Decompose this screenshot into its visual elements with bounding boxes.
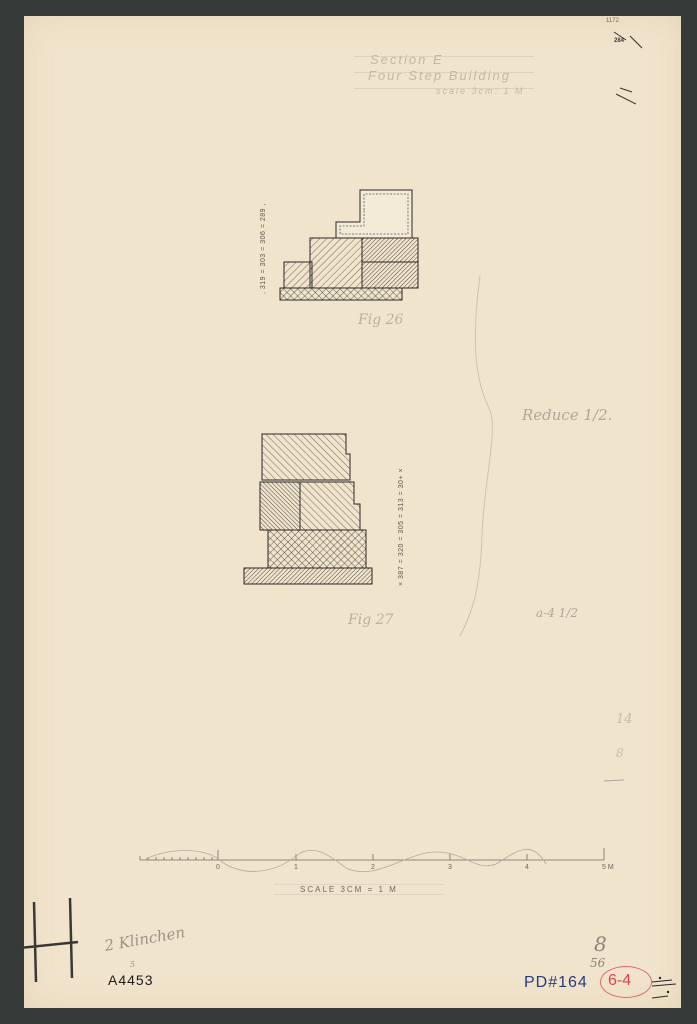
red-circled-number: 6-4: [608, 972, 631, 990]
ratio-note: a-4 1/2: [536, 606, 578, 620]
signature: 2 Klinchen: [103, 923, 186, 955]
small-number: 5: [130, 960, 135, 969]
pd-number: PD#164: [524, 974, 588, 992]
scale-tick-3: 3: [448, 864, 452, 871]
margin-mark: 8: [616, 746, 624, 760]
scale-tick-0: 0: [216, 864, 220, 871]
figure-26-drawing: [280, 186, 440, 306]
margin-dash-icon: [604, 778, 634, 784]
figure-27-label: Fig 27: [348, 612, 393, 628]
figure-27-dimensions: × 387 = 320 = 305 = 313 = 30+ ×: [398, 468, 405, 586]
ruled-line: [274, 894, 444, 895]
drawing-sheet: Section E Four Step Building scale 3cm: …: [24, 16, 681, 1008]
section-title: Section E: [370, 52, 444, 67]
building-title: Four Step Building: [368, 68, 511, 83]
scale-tick-1: 1: [294, 864, 298, 871]
margin-number: 14: [616, 712, 633, 727]
scale-tick-4: 4: [525, 864, 529, 871]
scale-tick-5: 5 M: [602, 864, 614, 871]
scale-tick-2: 2: [371, 864, 375, 871]
pencil-number-bottom: 56: [590, 956, 605, 970]
corner-tick-marks-icon: [614, 26, 674, 116]
pencil-number-top: 8: [594, 932, 607, 956]
scale-bar: [136, 842, 616, 882]
reduce-note: Reduce 1/2.: [522, 406, 612, 424]
pencil-curve-line: [470, 276, 510, 636]
figure-26-dimensions: , 319 = 303 = 306 = 289 ,: [260, 203, 267, 294]
figure-26-label: Fig 26: [358, 312, 403, 328]
figure-27-drawing: [242, 432, 382, 592]
corner-ink-marks-icon: [652, 976, 682, 1006]
big-letter-h-icon: [0, 882, 70, 982]
scale-note: scale 3cm: 1 M: [436, 86, 525, 96]
corner-number: 1172: [606, 18, 619, 24]
accession-number: A4453: [108, 972, 153, 988]
scale-caption: SCALE 3CM = 1 M: [300, 885, 398, 894]
